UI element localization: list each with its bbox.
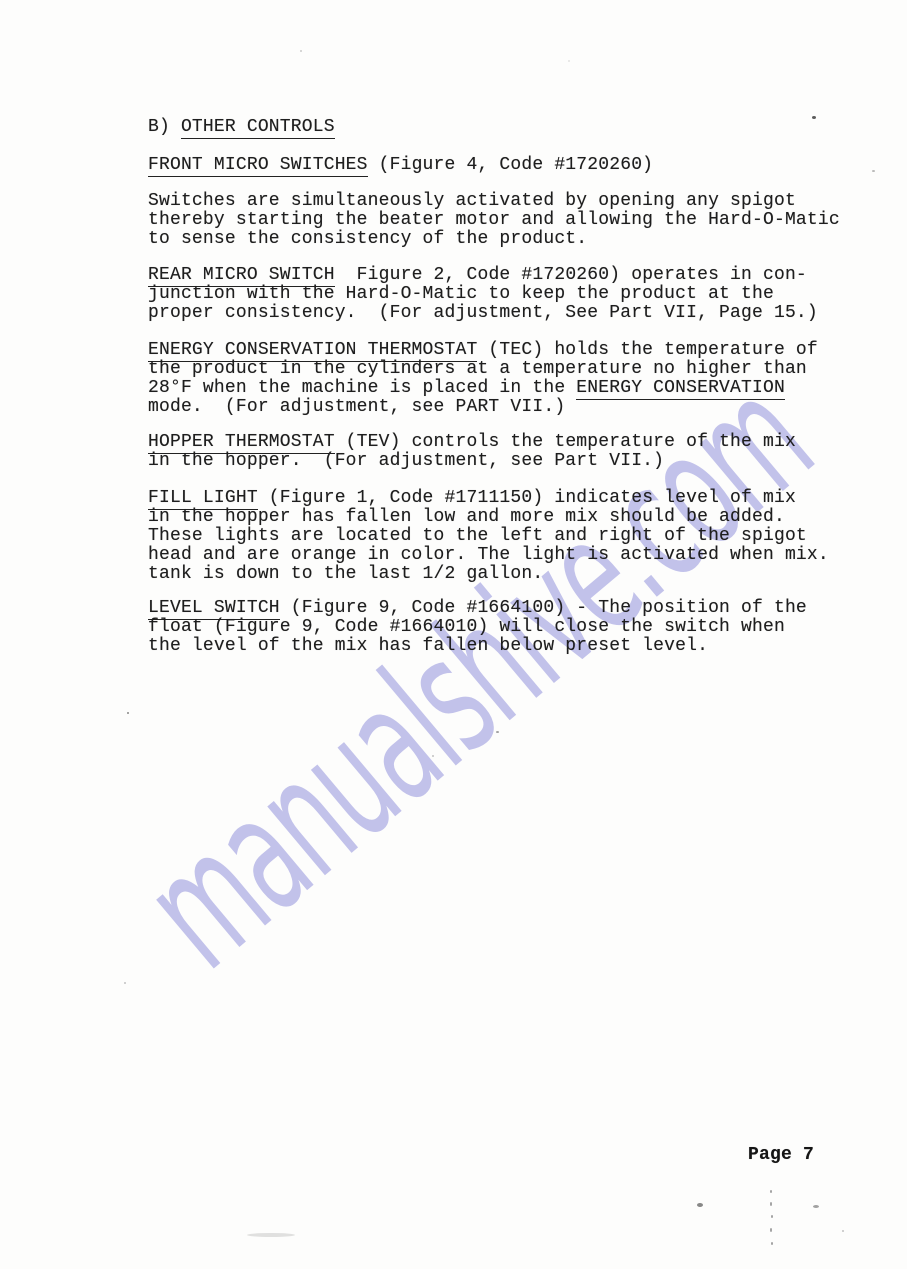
text-line: FRONT MICRO SWITCHES (Figure 4, Code #17… bbox=[148, 156, 653, 175]
text-segment: float (Figure 9, Code #1664010) will clo… bbox=[148, 617, 785, 637]
underlined-text: FRONT MICRO SWITCHES bbox=[148, 155, 368, 177]
text-line: REAR MICRO SWITCH Figure 2, Code #172026… bbox=[148, 266, 818, 285]
text-line: Switches are simultaneously activated by… bbox=[148, 192, 840, 211]
text-line: tank is down to the last 1/2 gallon. bbox=[148, 565, 829, 584]
text-segment: thereby starting the beater motor and al… bbox=[148, 210, 840, 230]
text-segment: junction with the Hard-O-Matic to keep t… bbox=[148, 284, 774, 304]
text-segment: the product in the cylinders at a temper… bbox=[148, 359, 807, 379]
text-segment: These lights are located to the left and… bbox=[148, 526, 807, 546]
paragraph-hopper-thermostat: HOPPER THERMOSTAT (TEV) controls the tem… bbox=[148, 433, 796, 471]
text-line: in the hopper has fallen low and more mi… bbox=[148, 508, 829, 527]
text-line: These lights are located to the left and… bbox=[148, 527, 829, 546]
text-line: in the hopper. (For adjustment, see Part… bbox=[148, 452, 796, 471]
paragraph-rear-micro-switch: REAR MICRO SWITCH Figure 2, Code #172026… bbox=[148, 266, 818, 323]
text-segment: to sense the consistency of the product. bbox=[148, 229, 587, 249]
text-line: head and are orange in color. The light … bbox=[148, 546, 829, 565]
text-line: the level of the mix has fallen below pr… bbox=[148, 637, 807, 656]
text-line: HOPPER THERMOSTAT (TEV) controls the tem… bbox=[148, 433, 796, 452]
paragraph-energy-conservation-thermostat: ENERGY CONSERVATION THERMOSTAT (TEC) hol… bbox=[148, 341, 818, 417]
text-line: ENERGY CONSERVATION THERMOSTAT (TEC) hol… bbox=[148, 341, 818, 360]
text-segment: Switches are simultaneously activated by… bbox=[148, 191, 796, 211]
text-segment: in the hopper. (For adjustment, see Part… bbox=[148, 451, 664, 471]
text-segment: tank is down to the last 1/2 gallon. bbox=[148, 564, 543, 584]
text-segment: B) bbox=[148, 117, 181, 137]
text-segment: 28°F when the machine is placed in the bbox=[148, 378, 576, 398]
text-segment: (TEC) holds the temperature of bbox=[477, 340, 817, 360]
text-line: junction with the Hard-O-Matic to keep t… bbox=[148, 285, 818, 304]
text-segment: the level of the mix has fallen below pr… bbox=[148, 636, 708, 656]
text-segment: head and are orange in color. The light … bbox=[148, 545, 829, 565]
underlined-text: OTHER CONTROLS bbox=[181, 117, 335, 139]
text-segment: (TEV) controls the temperature of the mi… bbox=[335, 432, 796, 452]
text-line: LEVEL SWITCH (Figure 9, Code #1664100) -… bbox=[148, 599, 807, 618]
page-number: Page 7 bbox=[748, 1145, 814, 1165]
paragraph-front-micro-switches-body: Switches are simultaneously activated by… bbox=[148, 192, 840, 249]
text-segment: mode. (For adjustment, see PART VII.) bbox=[148, 397, 565, 417]
paragraph-level-switch: LEVEL SWITCH (Figure 9, Code #1664100) -… bbox=[148, 599, 807, 656]
text-segment: (Figure 9, Code #1664100) - The position… bbox=[280, 598, 807, 618]
paragraph-front-micro-switches-heading: FRONT MICRO SWITCHES (Figure 4, Code #17… bbox=[148, 156, 653, 175]
document-body: B) OTHER CONTROLSFRONT MICRO SWITCHES (F… bbox=[0, 0, 907, 1269]
paragraph-fill-light: FILL LIGHT (Figure 1, Code #1711150) ind… bbox=[148, 489, 829, 584]
text-line: thereby starting the beater motor and al… bbox=[148, 211, 840, 230]
text-segment: Figure 2, Code #1720260) operates in con… bbox=[335, 265, 807, 285]
text-line: the product in the cylinders at a temper… bbox=[148, 360, 818, 379]
underlined-text: ENERGY CONSERVATION bbox=[576, 378, 785, 400]
text-line: mode. (For adjustment, see PART VII.) bbox=[148, 398, 818, 417]
text-line: float (Figure 9, Code #1664010) will clo… bbox=[148, 618, 807, 637]
text-segment: in the hopper has fallen low and more mi… bbox=[148, 507, 785, 527]
text-line: B) OTHER CONTROLS bbox=[148, 118, 335, 137]
text-line: FILL LIGHT (Figure 1, Code #1711150) ind… bbox=[148, 489, 829, 508]
text-line: proper consistency. (For adjustment, See… bbox=[148, 304, 818, 323]
text-segment: (Figure 1, Code #1711150) indicates leve… bbox=[258, 488, 796, 508]
text-line: to sense the consistency of the product. bbox=[148, 230, 840, 249]
text-line: 28°F when the machine is placed in the E… bbox=[148, 379, 818, 398]
text-segment: (Figure 4, Code #1720260) bbox=[368, 155, 654, 175]
scanned-manual-page: manualshive.com B) OTHER CONTROLSFRONT M… bbox=[0, 0, 907, 1269]
text-segment: proper consistency. (For adjustment, See… bbox=[148, 303, 818, 323]
paragraph-heading-other-controls: B) OTHER CONTROLS bbox=[148, 118, 335, 137]
